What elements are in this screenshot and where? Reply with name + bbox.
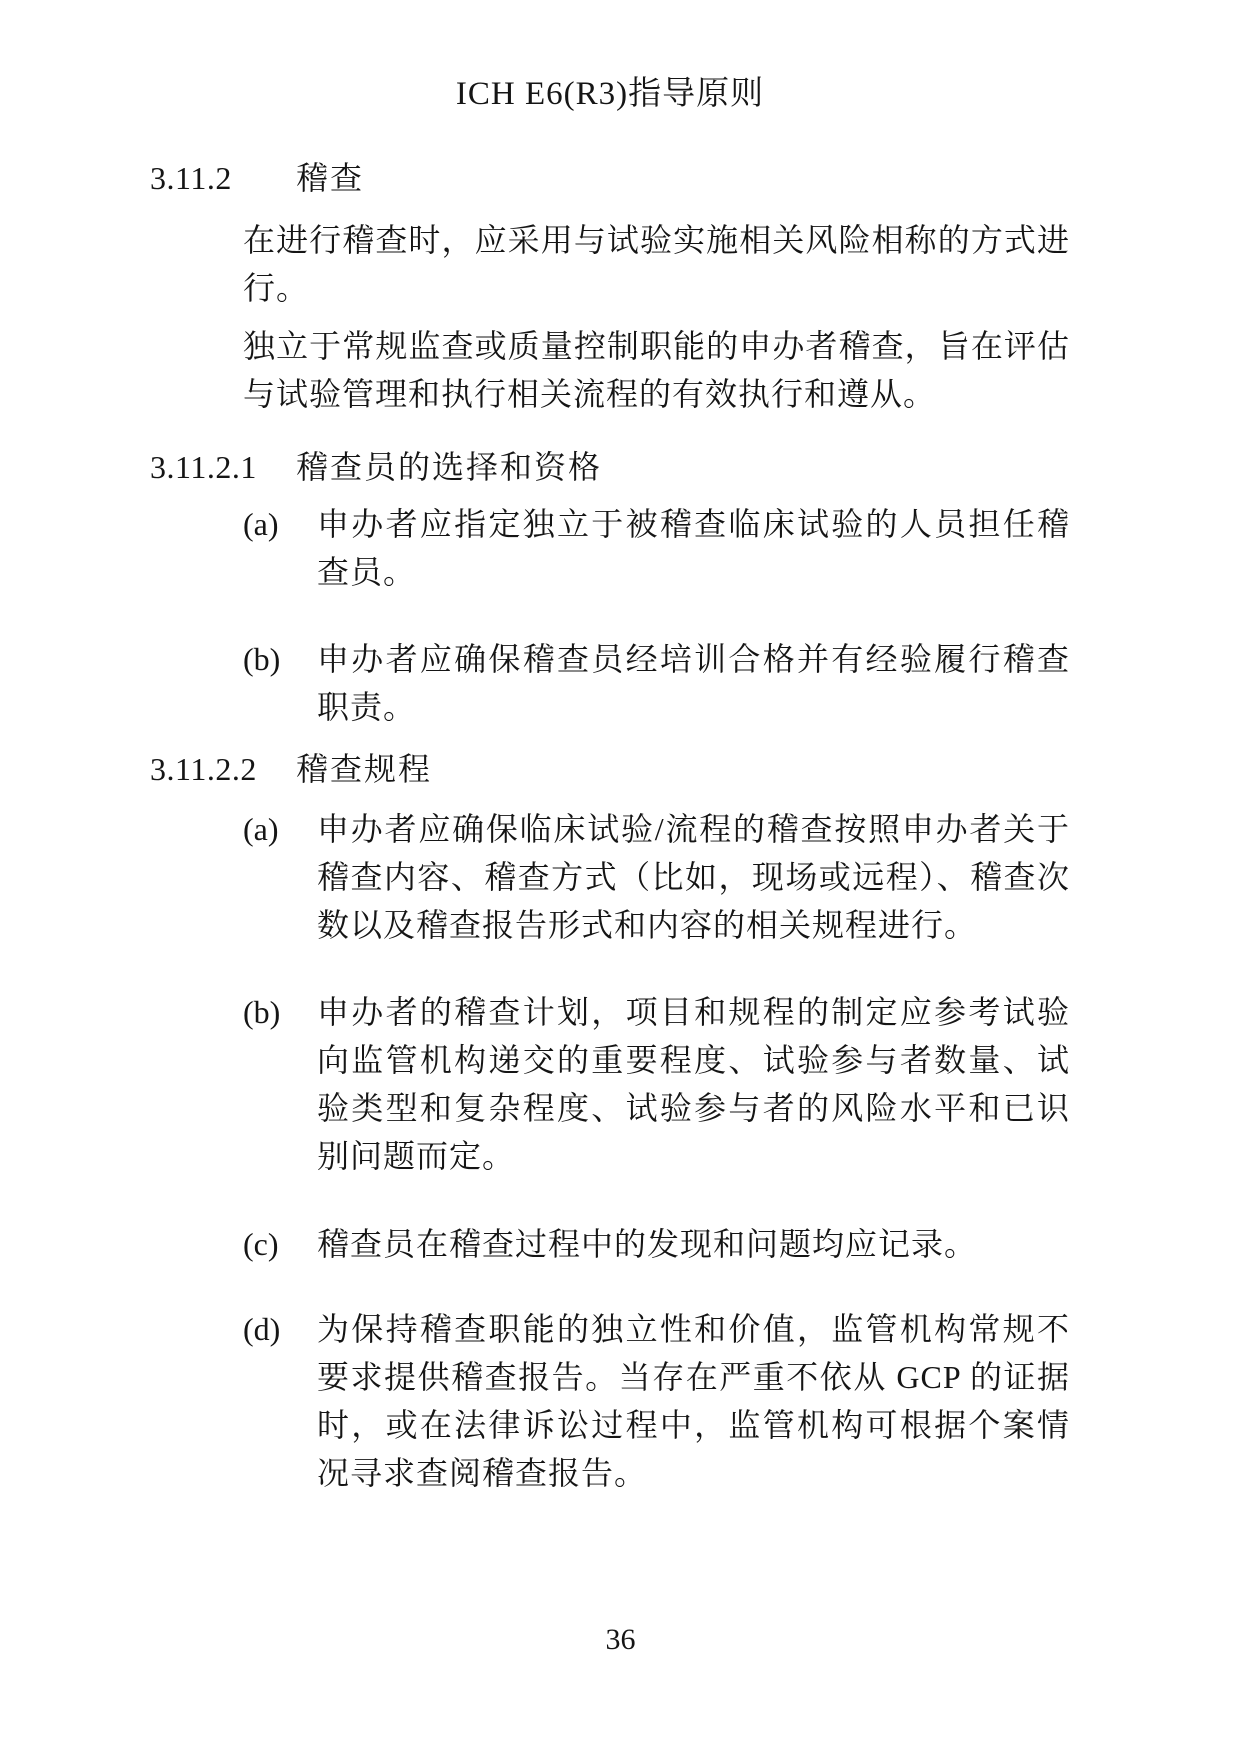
list-item: (b) 申办者应确保稽查员经培训合格并有经验履行稽查职责。 [243,635,1070,731]
list-item-marker: (b) [243,988,317,1180]
section-title: 稽查员的选择和资格 [296,449,602,485]
list-item-text: 申办者应确保临床试验/流程的稽查按照申办者关于稽查内容、稽查方式（比如，现场或远… [317,805,1070,949]
list-item-marker: (d) [243,1305,317,1497]
list-item-marker: (a) [243,500,317,596]
list-item-text: 申办者应确保稽查员经培训合格并有经验履行稽查职责。 [317,635,1070,731]
list-item-marker: (b) [243,635,317,731]
list-item-marker: (c) [243,1220,317,1268]
section-number: 3.11.2 [150,154,296,202]
section-title: 稽查规程 [296,751,432,787]
section-heading-3-11-2-1: 3.11.2.1稽查员的选择和资格 [150,443,1070,491]
list-item: (d) 为保持稽查职能的独立性和价值，监管机构常规不要求提供稽查报告。当存在严重… [243,1305,1070,1497]
list-item: (b) 申办者的稽查计划，项目和规程的制定应参考试验向监管机构递交的重要程度、试… [243,988,1070,1180]
list-item-text: 为保持稽查职能的独立性和价值，监管机构常规不要求提供稽查报告。当存在严重不依从 … [317,1305,1070,1497]
page-number: 36 [0,1622,1241,1658]
list-item: (a) 申办者应确保临床试验/流程的稽查按照申办者关于稽查内容、稽查方式（比如，… [243,805,1070,949]
list-item: (c) 稽查员在稽查过程中的发现和问题均应记录。 [243,1220,1070,1268]
paragraph: 在进行稽查时，应采用与试验实施相关风险相称的方式进行。 [243,216,1070,312]
section-number: 3.11.2.2 [150,745,296,793]
list-item-text: 申办者的稽查计划，项目和规程的制定应参考试验向监管机构递交的重要程度、试验参与者… [317,988,1070,1180]
section-heading-3-11-2-2: 3.11.2.2稽查规程 [150,745,1070,793]
paragraph: 独立于常规监查或质量控制职能的申办者稽查，旨在评估与试验管理和执行相关流程的有效… [243,322,1070,418]
list-item-text: 稽查员在稽查过程中的发现和问题均应记录。 [317,1220,1070,1268]
page-header-title: ICH E6(R3)指导原则 [150,70,1070,118]
section-heading-3-11-2: 3.11.2稽查 [150,154,1070,202]
list-item-text: 申办者应指定独立于被稽查临床试验的人员担任稽查员。 [317,500,1070,596]
list-item: (a) 申办者应指定独立于被稽查临床试验的人员担任稽查员。 [243,500,1070,596]
section-title: 稽查 [296,160,364,196]
list-item-marker: (a) [243,805,317,949]
section-number: 3.11.2.1 [150,443,296,491]
document-page: ICH E6(R3)指导原则 3.11.2稽查 在进行稽查时，应采用与试验实施相… [0,0,1241,1755]
